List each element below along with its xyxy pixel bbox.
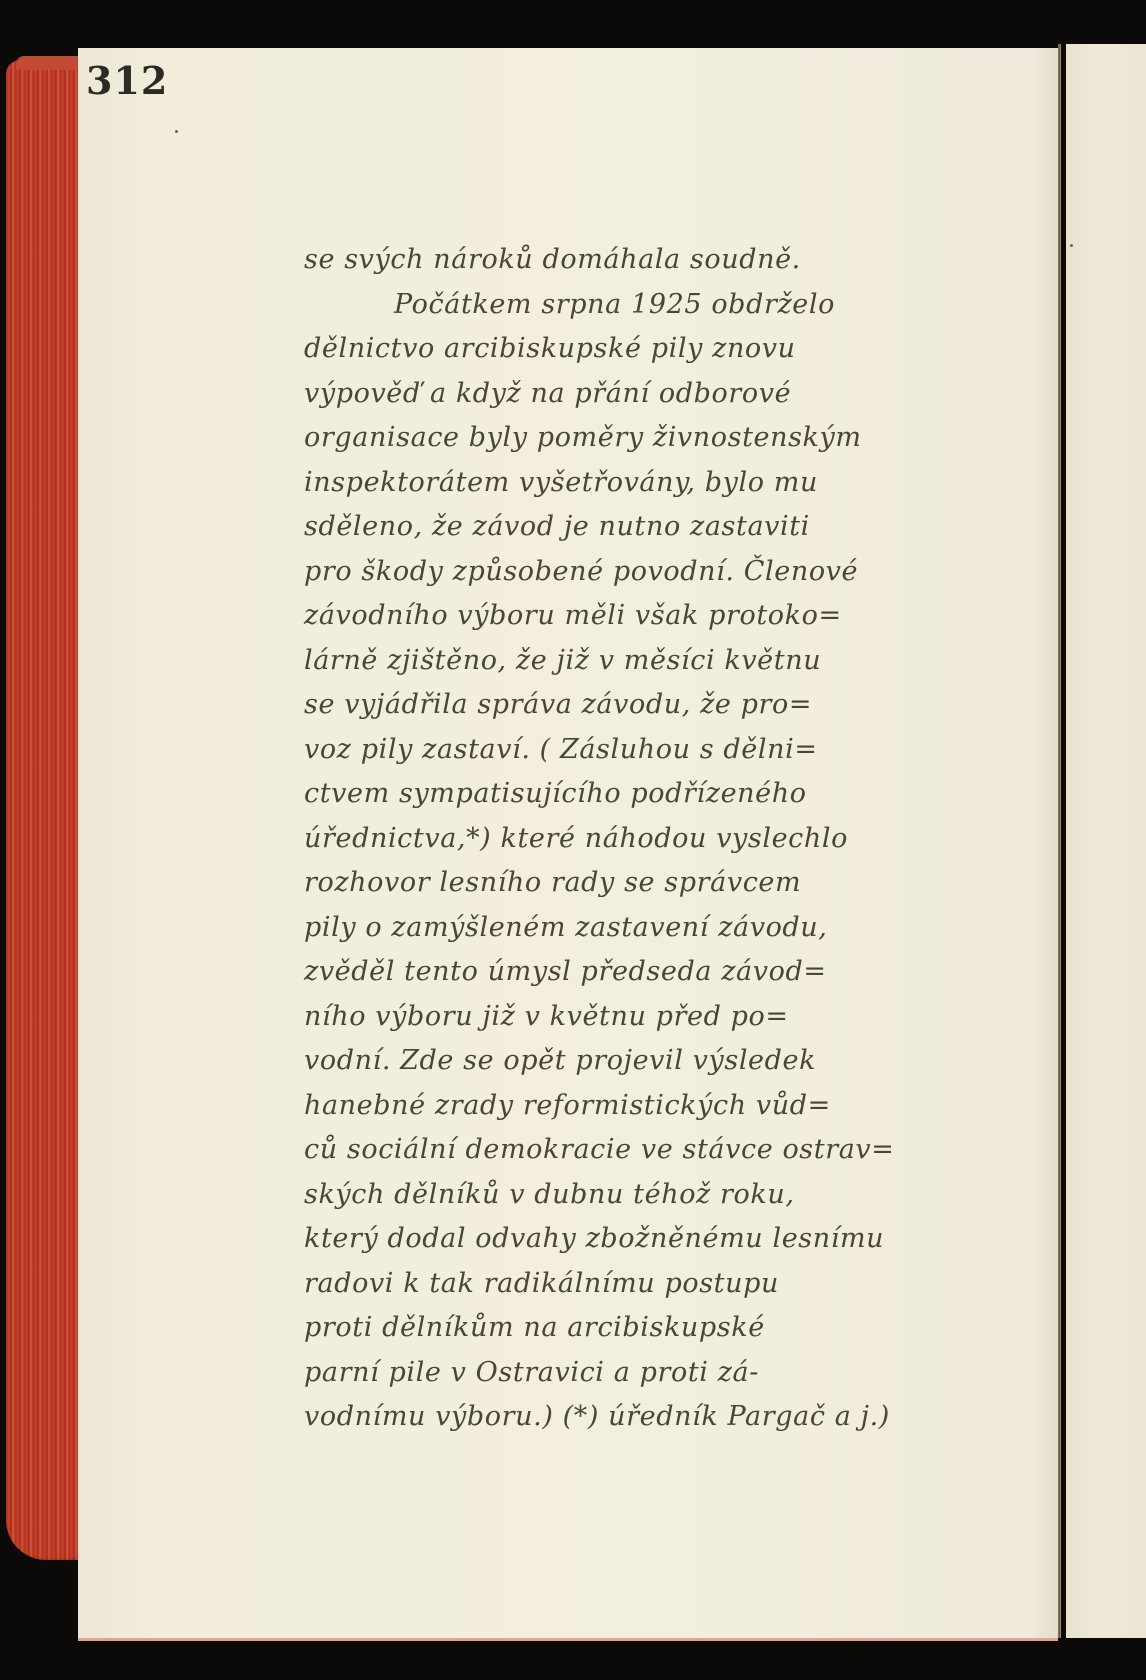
text-line: hanebné zrady reformistických vůd=	[304, 1084, 984, 1129]
text-line: inspektorátem vyšetřovány, bylo mu	[304, 461, 984, 506]
text-line: proti dělníkům na arcibiskupské	[304, 1306, 984, 1351]
book-gutter	[1058, 44, 1061, 1638]
paper-speck	[1070, 244, 1073, 247]
paper-speck	[175, 130, 178, 133]
text-line: Počátkem srpna 1925 obdrželo	[304, 283, 984, 328]
text-line: který dodal odvahy zbožněnému lesnímu	[304, 1217, 984, 1262]
gutter-shadow	[1030, 48, 1058, 1638]
text-line: vodní. Zde se opět projevil výsledek	[304, 1039, 984, 1084]
text-line: rozhovor lesního rady se správcem	[304, 861, 984, 906]
text-line: ských dělníků v dubnu téhož roku,	[304, 1173, 984, 1218]
text-line: parní pile v Ostravici a proti zá-	[304, 1351, 984, 1396]
text-line: dělnictvo arcibiskupské pily znovu	[304, 327, 984, 372]
page-edges-stack	[6, 60, 84, 1560]
text-line: voz pily zastaví. ( Zásluhou s dělni=	[304, 728, 984, 773]
text-line: zvěděl tento úmysl předseda závod=	[304, 950, 984, 995]
text-line: lárně zjištěno, že již v měsíci květnu	[304, 639, 984, 684]
text-line: závodního výboru měli však protoko=	[304, 594, 984, 639]
text-line: pro škody způsobené povodní. Členové	[304, 550, 984, 595]
text-line: ců sociální demokracie ve stávce ostrav=	[304, 1128, 984, 1173]
text-line: se svých nároků domáhala soudně.	[304, 238, 984, 283]
text-line: sděleno, že závod je nutno zastaviti	[304, 505, 984, 550]
page-number: 312	[86, 58, 168, 103]
text-line: radovi k tak radikálnímu postupu	[304, 1262, 984, 1307]
text-line: se vyjádřila správa závodu, že pro=	[304, 683, 984, 728]
text-line: úřednictva,*) které náhodou vyslechlo	[304, 817, 984, 862]
text-line: organisace byly poměry živnostenským	[304, 416, 984, 461]
text-line: pily o zamýšleném zastavení závodu,	[304, 906, 984, 951]
text-line: ctvem sympatisujícího podřízeného	[304, 772, 984, 817]
facing-page-edge	[1066, 44, 1146, 1638]
text-line: ního výboru již v květnu před po=	[304, 995, 984, 1040]
text-line: vodnímu výboru.) (*) úředník Pargač a j.…	[304, 1395, 984, 1440]
text-line: výpověď a když na přání odborové	[304, 372, 984, 417]
handwritten-text: se svých nároků domáhala soudně. Počátke…	[304, 238, 984, 1440]
